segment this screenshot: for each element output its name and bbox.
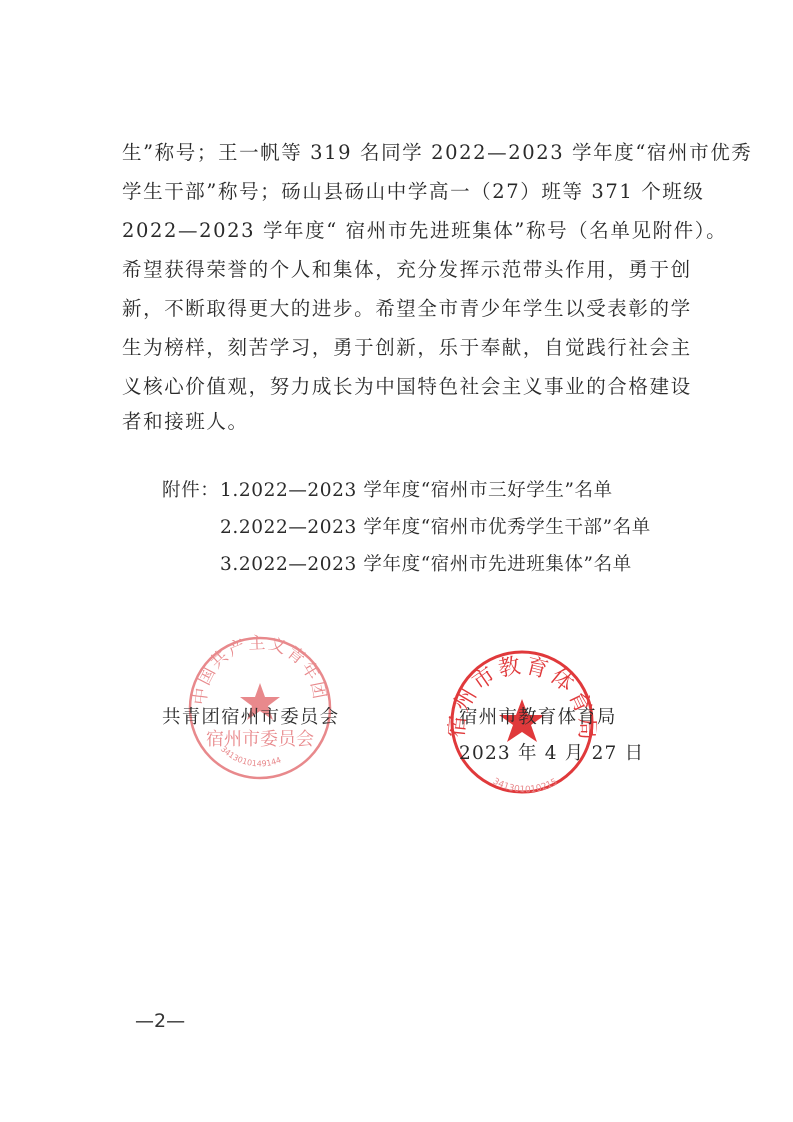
body-line: 者和接班人。 — [122, 408, 249, 436]
issue-date: 2023 年 4 月 27 日 — [459, 739, 644, 765]
attachment-item: 3.2022—2023 学年度“宿州市先进班集体”名单 — [220, 550, 632, 576]
body-line: 学生干部”称号；砀山县砀山中学高一（27）班等 371 个班级 — [122, 178, 705, 206]
body-line: 希望获得荣誉的个人和集体，充分发挥示范带头作用，勇于创 — [122, 256, 692, 284]
attachment-item: 2.2022—2023 学年度“宿州市优秀学生干部”名单 — [220, 513, 651, 539]
signature-education-bureau: 宿州市教育体育局 — [459, 703, 617, 729]
attachment-item: 1.2022—2023 学年度“宿州市三好学生”名单 — [220, 476, 613, 502]
signature-youth-league: 共青团宿州市委员会 — [162, 703, 339, 729]
body-line: 新，不断取得更大的进步。希望全市青少年学生以受表彰的学 — [122, 295, 692, 323]
page-number: —2— — [135, 1010, 185, 1032]
body-line: 生为榜样，刻苦学习，勇于创新，乐于奉献，自觉践行社会主 — [122, 334, 692, 362]
body-line: 义核心价值观，努力成长为中国特色社会主义事业的合格建设 — [122, 373, 692, 401]
svg-text:341301010215: 341301010215 — [491, 777, 559, 796]
svg-text:宿州市委员会: 宿州市委员会 — [206, 729, 314, 750]
body-line: 生”称号；王一帆等 319 名同学 2022—2023 学年度“宿州市优秀 — [122, 139, 752, 167]
body-line: 2022—2023 学年度“ 宿州市先进班集体”称号（名单见附件）。 — [122, 217, 727, 245]
attachments-label: 附件： — [162, 476, 219, 502]
